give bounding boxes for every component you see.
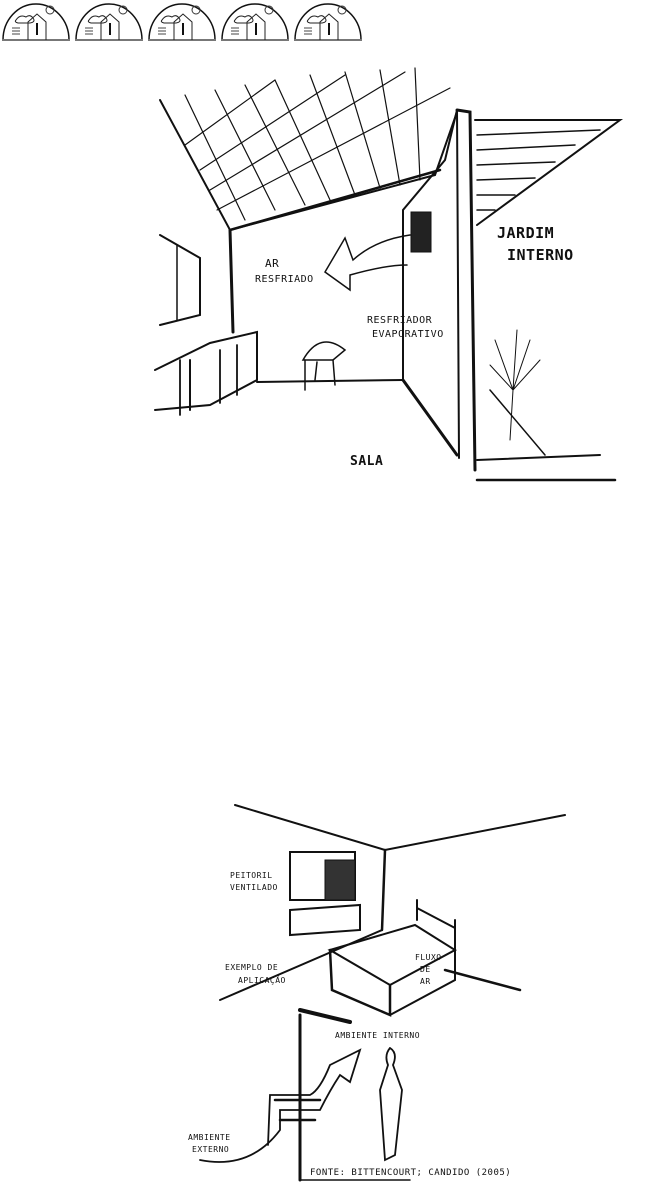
label-garden: JARDIM bbox=[497, 224, 554, 242]
label-external: AMBIENTE bbox=[188, 1133, 231, 1142]
climate-house-icon bbox=[73, 0, 145, 42]
label-flow: DE bbox=[420, 965, 431, 974]
label-example: APLICAÇÃO bbox=[238, 975, 286, 985]
label-air: AR bbox=[265, 257, 279, 270]
label-flow: FLUXO bbox=[415, 953, 442, 962]
label-window: VENTILADO bbox=[230, 883, 278, 892]
label-cooler: EVAPORATIVO bbox=[372, 329, 444, 340]
label-example: EXEMPLO DE bbox=[225, 963, 278, 972]
climate-house-icon bbox=[0, 0, 72, 42]
header-icon-row bbox=[0, 0, 364, 42]
climate-house-icon bbox=[292, 0, 364, 42]
label-air: RESFRIADO bbox=[255, 274, 314, 285]
evaporative-cooler-sketch: AR RESFRIADO RESFRIADOR EVAPORATIVO JARD… bbox=[145, 60, 625, 500]
climate-house-icon bbox=[219, 0, 291, 42]
climate-house-icon bbox=[146, 0, 218, 42]
ventilated-sill-sketch: PEITORIL VENTILADO EXEMPLO DE APLICAÇÃO … bbox=[180, 790, 580, 1184]
label-cooler: RESFRIADOR bbox=[367, 315, 433, 326]
label-flow: AR bbox=[420, 977, 431, 986]
label-room: SALA bbox=[350, 454, 383, 469]
label-garden: INTERNO bbox=[507, 246, 574, 264]
label-internal: AMBIENTE INTERNO bbox=[335, 1031, 420, 1040]
label-window: PEITORIL bbox=[230, 871, 273, 880]
source-caption: FONTE: BITTENCOURT; CANDIDO (2005) bbox=[310, 1168, 511, 1178]
label-external: EXTERNO bbox=[192, 1145, 229, 1154]
